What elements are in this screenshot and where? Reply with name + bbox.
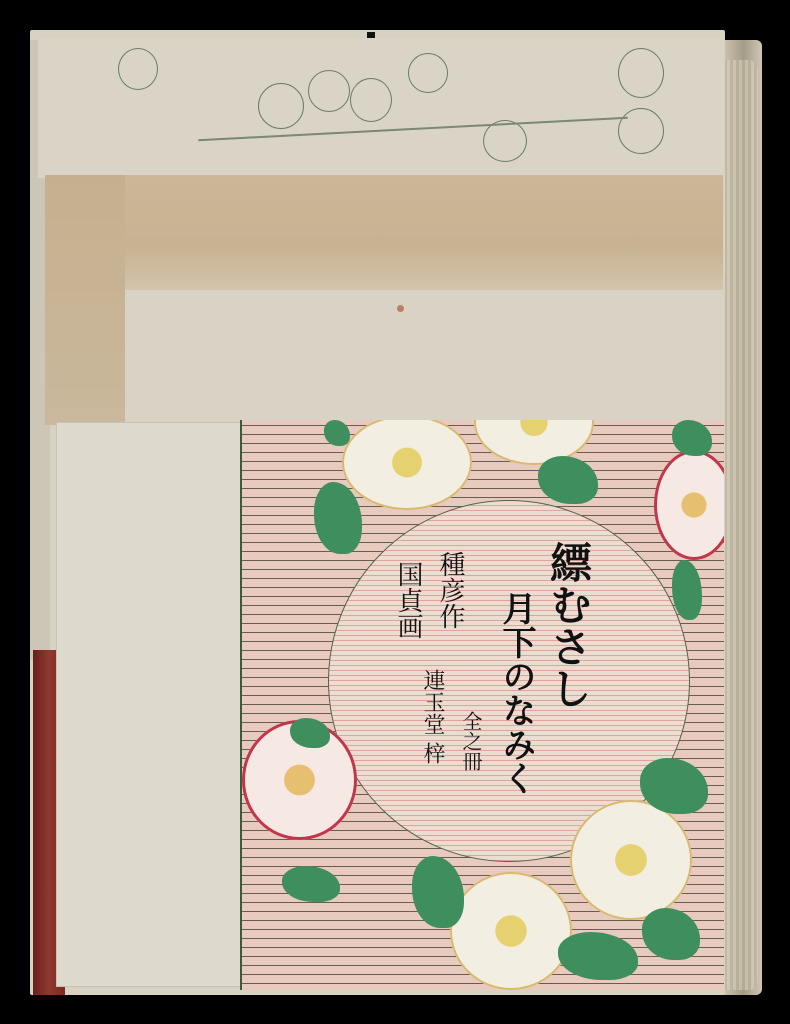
artist-line: 国貞画 <box>395 561 421 639</box>
blossom-sketch-icon <box>618 108 664 154</box>
blossom-sketch-icon <box>483 120 527 162</box>
water-stain-left <box>45 175 125 425</box>
blossom-sketch-icon <box>118 48 158 90</box>
blank-paper-slip <box>56 422 244 987</box>
blossom-sketch-icon <box>618 48 664 98</box>
author-line: 種彦作 <box>437 551 463 629</box>
cover-top-sketch-area <box>38 38 723 178</box>
publisher-line: 連玉堂 梓 <box>421 669 443 764</box>
chrysanthemum-white-icon <box>570 800 692 920</box>
volume-line: 全之冊 <box>461 711 481 771</box>
binding-hole <box>367 32 375 38</box>
pigment-spot <box>397 305 404 312</box>
cover-mid-area <box>125 290 723 420</box>
subtitle: 月下のなみく <box>499 591 533 795</box>
blossom-sketch-icon <box>350 78 392 122</box>
blossom-sketch-icon <box>408 53 448 93</box>
blossom-sketch-icon <box>308 70 350 112</box>
blossom-sketch-icon <box>258 83 304 129</box>
chrysanthemum-white-icon <box>450 872 572 990</box>
title-panel: 縹むさし 月下のなみく 種彦作 国貞画 全之冊 連玉堂 梓 <box>240 420 724 990</box>
chrysanthemum-red-icon <box>654 450 724 560</box>
water-stain <box>45 175 723 295</box>
main-title: 縹むさし <box>547 541 589 709</box>
